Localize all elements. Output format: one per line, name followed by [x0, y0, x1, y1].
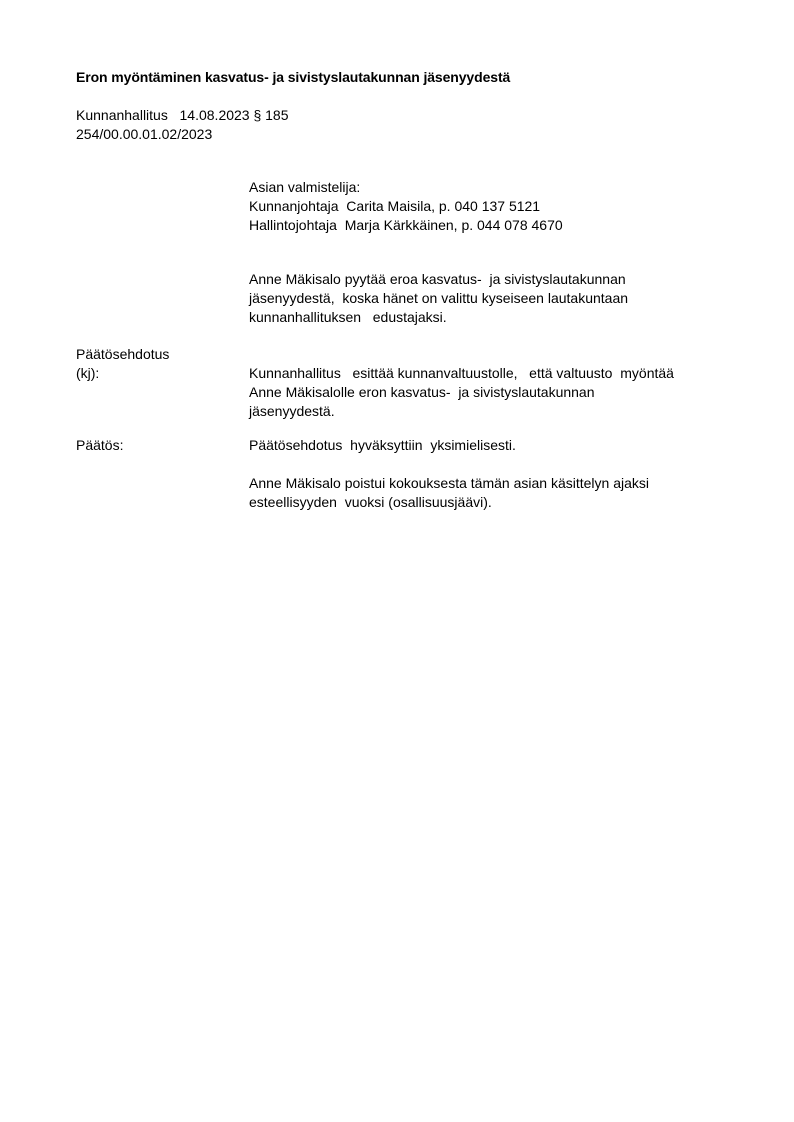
preparers-heading: Asian valmistelija: [249, 178, 563, 197]
proposal-label-line: (kj): [76, 364, 169, 383]
proposal-line: jäsenyydestä. [249, 402, 674, 421]
background-section: Anne Mäkisalo pyytää eroa kasvatus- ja s… [249, 270, 628, 327]
proposal-line: Kunnanhallitus esittää kunnanvaltuustoll… [249, 364, 674, 383]
proposal-label: Päätösehdotus (kj): [76, 345, 169, 383]
preparer-line: Kunnanjohtaja Carita Maisila, p. 040 137… [249, 197, 563, 216]
background-line: jäsenyydestä, koska hänet on valittu kys… [249, 289, 628, 308]
proposal-label-line: Päätösehdotus [76, 345, 169, 364]
proposal-text: Kunnanhallitus esittää kunnanvaltuustoll… [249, 364, 674, 421]
decision-line: Päätösehdotus hyväksyttiin yksimielisest… [249, 436, 516, 455]
decision-text: Päätösehdotus hyväksyttiin yksimielisest… [249, 436, 516, 455]
proposal-line: Anne Mäkisalolle eron kasvatus- ja sivis… [249, 383, 674, 402]
decision-label: Päätös: [76, 436, 123, 455]
record-number: 254/00.00.01.02/2023 [76, 125, 289, 144]
preparer-line: Hallintojohtaja Marja Kärkkäinen, p. 044… [249, 216, 563, 235]
background-line: kunnanhallituksen edustajaksi. [249, 308, 628, 327]
decision-note: Anne Mäkisalo poistui kokouksesta tämän … [249, 474, 649, 512]
decision-note-line: Anne Mäkisalo poistui kokouksesta tämän … [249, 474, 649, 493]
decision-note-line: esteellisyyden vuoksi (osallisuusjäävi). [249, 493, 649, 512]
document-title: Eron myöntäminen kasvatus- ja sivistysla… [76, 68, 510, 87]
preparers-section: Asian valmistelija: Kunnanjohtaja Carita… [249, 178, 563, 235]
document-page: Eron myöntäminen kasvatus- ja sivistysla… [0, 0, 794, 1122]
meeting-line: Kunnanhallitus 14.08.2023 § 185 [76, 106, 289, 125]
meeting-info: Kunnanhallitus 14.08.2023 § 185 254/00.0… [76, 106, 289, 144]
background-line: Anne Mäkisalo pyytää eroa kasvatus- ja s… [249, 270, 628, 289]
